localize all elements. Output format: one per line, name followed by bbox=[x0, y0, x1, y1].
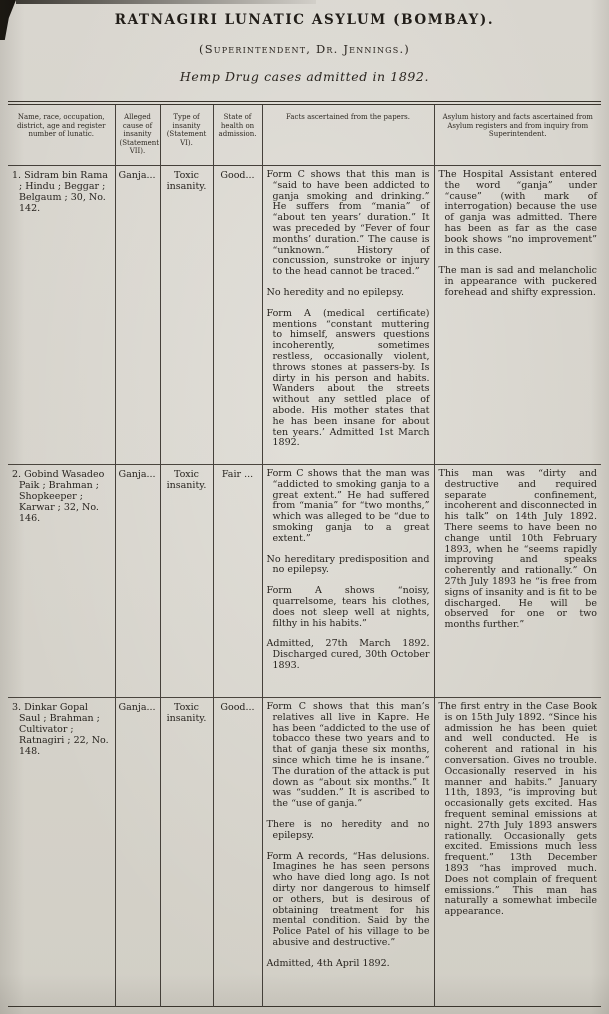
cell-type: Toxic insanity. bbox=[160, 698, 213, 1007]
asylum-paragraph: The man is sad and melancholic in appear… bbox=[439, 266, 598, 298]
document-header: RATNAGIRI LUNATIC ASYLUM (BOMBAY). (Supe… bbox=[0, 12, 609, 84]
cell-name: 3. Dinkar Gopal Saul ; Brahman ; Cultiva… bbox=[8, 698, 115, 1007]
col-header-type: Type of insanity (Statement VI). bbox=[160, 103, 213, 166]
asylum-paragraph: The first entry in the Case Book is on 1… bbox=[439, 702, 598, 918]
cell-type: Toxic insanity. bbox=[160, 465, 213, 698]
cell-health: Fair ... bbox=[213, 465, 262, 698]
cell-type: Toxic insanity. bbox=[160, 166, 213, 465]
col-header-cause: Alleged cause of insanity (Statement VII… bbox=[115, 103, 160, 166]
scan-edge-artifact bbox=[16, 0, 316, 4]
table-row-case-2: 2. Gobind Wasadeo Paik ; Brahman ; Shopk… bbox=[8, 465, 601, 698]
cell-cause: Ganja... bbox=[115, 465, 160, 698]
col-header-facts: Facts ascertained from the papers. bbox=[262, 103, 434, 166]
case-name: 3. Dinkar Gopal Saul ; Brahman ; Cultiva… bbox=[12, 702, 111, 757]
cell-asylum-history: The Hospital Assistant entered the word … bbox=[434, 166, 601, 465]
cases-table: Name, race, occupation, district, age an… bbox=[8, 101, 601, 1007]
facts-paragraph: Form C shows that this man’s relatives a… bbox=[267, 702, 430, 810]
facts-paragraph: Form C shows that the man was “addicted … bbox=[267, 469, 430, 545]
cell-facts: Form C shows that this man is “said to h… bbox=[262, 166, 434, 465]
cell-asylum-history: The first entry in the Case Book is on 1… bbox=[434, 698, 601, 1007]
facts-paragraph: Form A records, “Has delusions. Imagines… bbox=[267, 852, 430, 949]
facts-paragraph: Admitted, 27th March 1892. Discharged cu… bbox=[267, 639, 430, 671]
asylum-paragraph: The Hospital Assistant entered the word … bbox=[439, 170, 598, 256]
table-row-case-1: 1. Sidram bin Rama ; Hindu ; Beggar ; Be… bbox=[8, 166, 601, 465]
case-name: 1. Sidram bin Rama ; Hindu ; Beggar ; Be… bbox=[12, 170, 111, 214]
facts-paragraph: Form A shows “noisy, quarrelsome, tears … bbox=[267, 586, 430, 629]
cell-cause: Ganja... bbox=[115, 698, 160, 1007]
document-subtitle: Hemp Drug cases admitted in 1892. bbox=[0, 69, 609, 84]
asylum-paragraph: This man was “dirty and destructive and … bbox=[439, 469, 598, 631]
cell-health: Good... bbox=[213, 698, 262, 1007]
facts-paragraph: No hereditary predisposition and no epil… bbox=[267, 555, 430, 577]
cell-name: 1. Sidram bin Rama ; Hindu ; Beggar ; Be… bbox=[8, 166, 115, 465]
cell-facts: Form C shows that this man’s relatives a… bbox=[262, 698, 434, 1007]
facts-paragraph: There is no heredity and no epilepsy. bbox=[267, 820, 430, 842]
facts-paragraph: Admitted, 4th April 1892. bbox=[267, 959, 430, 970]
document-page: RATNAGIRI LUNATIC ASYLUM (BOMBAY). (Supe… bbox=[0, 0, 609, 1014]
cell-health: Good... bbox=[213, 166, 262, 465]
header-row: Name, race, occupation, district, age an… bbox=[8, 103, 601, 166]
col-header-asylum-history: Asylum history and facts ascertained fro… bbox=[434, 103, 601, 166]
page-title: RATNAGIRI LUNATIC ASYLUM (BOMBAY). bbox=[0, 12, 609, 28]
cell-asylum-history: This man was “dirty and destructive and … bbox=[434, 465, 601, 698]
facts-paragraph: Form C shows that this man is “said to h… bbox=[267, 170, 430, 278]
col-header-health: State of health on admission. bbox=[213, 103, 262, 166]
col-header-name: Name, race, occupation, district, age an… bbox=[8, 103, 115, 166]
superintendent-line: (Superintendent, Dr. Jennings.) bbox=[0, 42, 609, 56]
facts-paragraph: No heredity and no epilepsy. bbox=[267, 288, 430, 299]
table-row-case-3: 3. Dinkar Gopal Saul ; Brahman ; Cultiva… bbox=[8, 698, 601, 1007]
cell-facts: Form C shows that the man was “addicted … bbox=[262, 465, 434, 698]
cell-cause: Ganja... bbox=[115, 166, 160, 465]
case-name: 2. Gobind Wasadeo Paik ; Brahman ; Shopk… bbox=[12, 469, 111, 524]
table-header: Name, race, occupation, district, age an… bbox=[8, 103, 601, 166]
facts-paragraph: Form A (medical certificate) mentions “c… bbox=[267, 309, 430, 449]
cell-name: 2. Gobind Wasadeo Paik ; Brahman ; Shopk… bbox=[8, 465, 115, 698]
